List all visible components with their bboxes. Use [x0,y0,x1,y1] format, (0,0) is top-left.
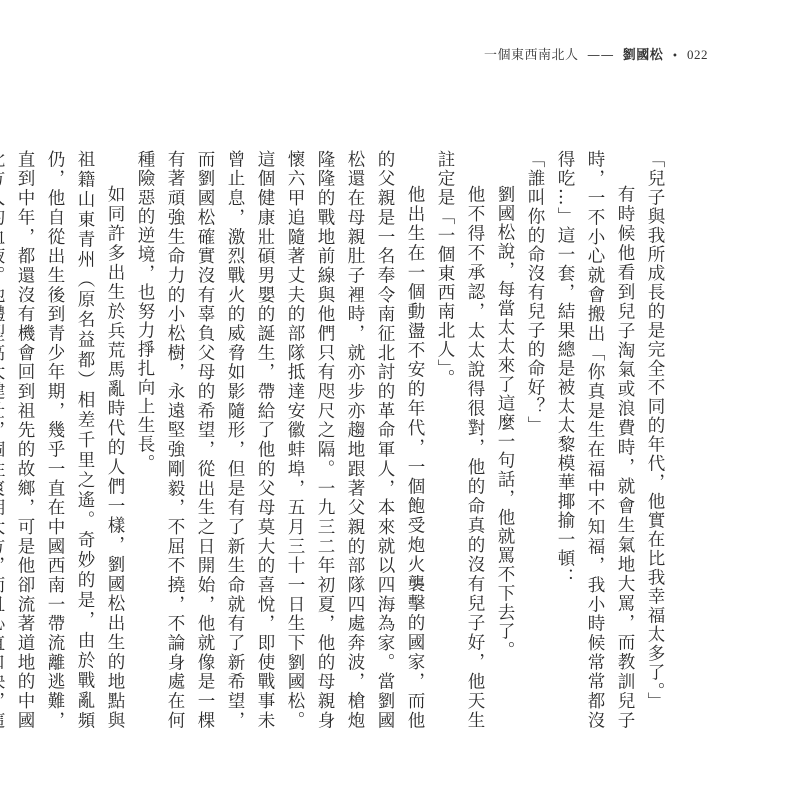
paragraph-quote: 「兒子與我所成長的是完全不同的年代，他實在比我幸福太多了。」 [640,150,670,730]
chapter-title: 劉國松 [623,48,664,63]
running-header: 一個東西南北人 —— 劉國松 • 022 [484,44,708,63]
paragraph: 他出生在一個動盪不安的年代，一個飽受炮火襲擊的國家，而他的父親是一名奉令南征北討… [130,150,430,730]
body-text: 「兒子與我所成長的是完全不同的年代，他實在比我幸福太多了。」 有時候他看到兒子淘… [150,150,670,730]
paragraph: 有時候他看到兒子淘氣或浪費時，就會生氣地大罵，而教訓兒子時，一不小心就會搬出「你… [550,150,640,730]
header-separator: • [672,51,678,62]
page-number: 022 [687,47,708,62]
paragraph-quote: 「誰叫你的命沒有兒子的命好？」 [520,150,550,730]
book-title: 一個東西南北人 [484,48,579,63]
book-page: 一個東西南北人 —— 劉國松 • 022 「兒子與我所成長的是完全不同的年代，他… [0,0,800,800]
header-dash: —— [587,48,614,63]
paragraph: 如同許多出生於兵荒馬亂時代的人們一樣，劉國松出生的地點與祖籍山東青州（原名益都）… [0,150,130,730]
paragraph: 他不得不承認，太太說得很對，他的命真的沒有兒子好，他天生註定是「一個東西南北人」… [430,150,490,730]
paragraph: 劉國松說，每當太太來了這麼一句話，他就罵不下去了。 [490,150,520,730]
